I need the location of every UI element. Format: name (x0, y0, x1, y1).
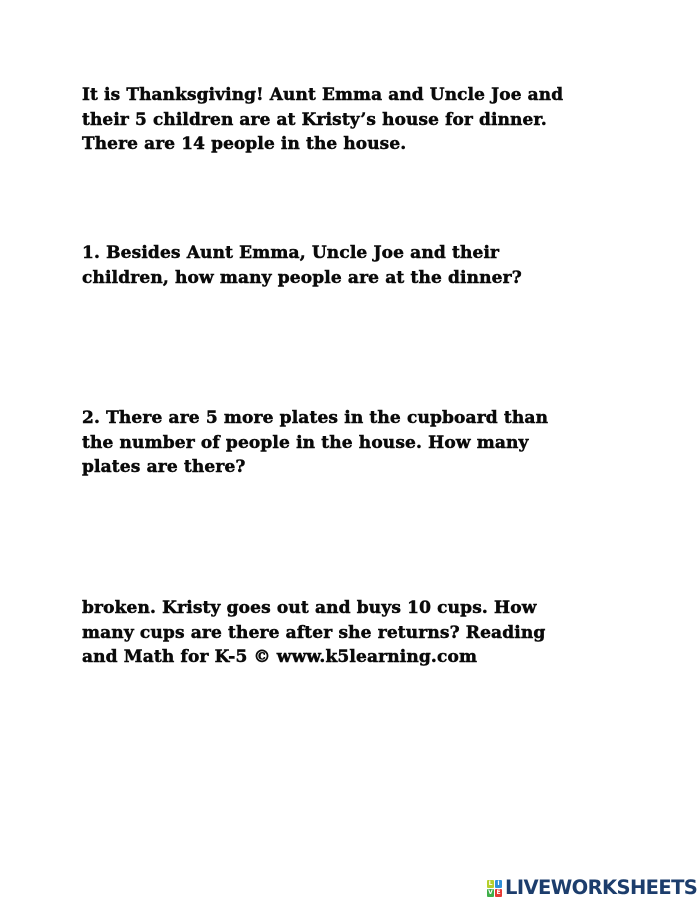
question-line: plates are there? (82, 455, 548, 480)
intro-paragraph: It is Thanksgiving! Aunt Emma and Uncle … (82, 83, 566, 157)
question-line: the number of people in the house. How m… (82, 431, 548, 456)
question-1: 1. Besides Aunt Emma, Uncle Joe and thei… (82, 241, 522, 290)
question-line: 2. There are 5 more plates in the cupboa… (82, 406, 548, 431)
question-line: and Math for K-5 © www.k5learning.com (82, 645, 545, 670)
intro-line: There are 14 people in the house. (82, 132, 563, 157)
logo-tile-v: V (487, 889, 494, 897)
question-line: broken. Kristy goes out and buys 10 cups… (82, 596, 545, 621)
logo-tile-e: E (495, 889, 502, 897)
logo-tile-l: L (487, 880, 494, 888)
question-2: 2. There are 5 more plates in the cupboa… (82, 406, 548, 480)
liveworksheets-tiles-icon: L I V E (487, 880, 502, 897)
intro-line: It is Thanksgiving! Aunt Emma and Uncle … (82, 83, 563, 108)
worksheet-page: It is Thanksgiving! Aunt Emma and Uncle … (0, 0, 700, 904)
logo-tile-i: I (495, 880, 502, 888)
question-line: children, how many people are at the din… (82, 266, 522, 291)
logo-wordmark: LIVEWORKSHEETS (505, 878, 697, 898)
intro-line: their 5 children are at Kristy’s house f… (82, 108, 563, 133)
question-line: 1. Besides Aunt Emma, Uncle Joe and thei… (82, 241, 522, 266)
question-line: many cups are there after she returns? R… (82, 621, 545, 646)
question-3: broken. Kristy goes out and buys 10 cups… (82, 596, 545, 670)
liveworksheets-logo: L I V E LIVEWORKSHEETS (487, 878, 697, 898)
